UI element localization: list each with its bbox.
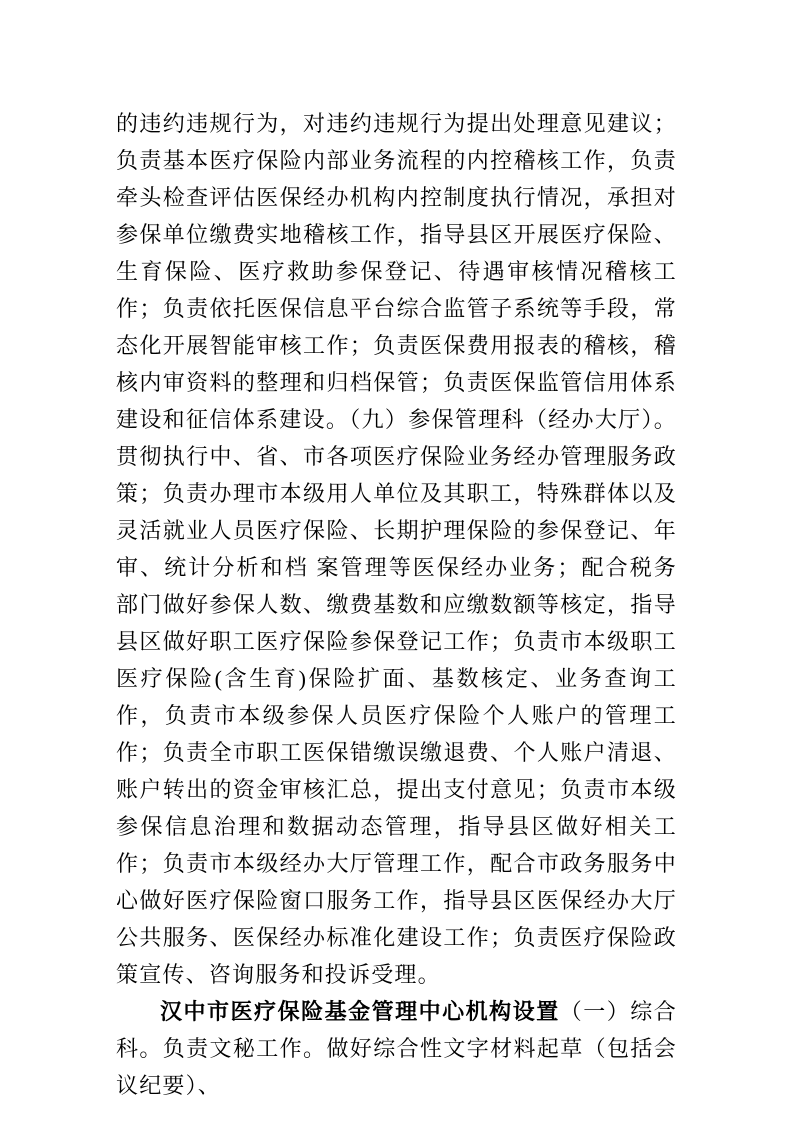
paragraph-continuation: 的违约违规行为，对违约违规行为提出处理意见建议；负责基本医疗保险内部业务流程的内… <box>116 105 677 993</box>
document-page: 的违约违规行为，对违约违规行为提出处理意见建议；负责基本医疗保险内部业务流程的内… <box>0 0 793 1122</box>
document-body: 的违约违规行为，对违约违规行为提出处理意见建议；负责基本医疗保险内部业务流程的内… <box>116 105 677 1104</box>
paragraph-org-setup-heading: 汉中市医疗保险基金管理中心机构设置 <box>160 999 560 1024</box>
paragraph-org-setup: 汉中市医疗保险基金管理中心机构设置（一）综合科。负责文秘工作。做好综合性文字材料… <box>116 993 677 1104</box>
paragraph-continuation-text: 的违约违规行为，对违约违规行为提出处理意见建议；负责基本医疗保险内部业务流程的内… <box>116 111 677 987</box>
